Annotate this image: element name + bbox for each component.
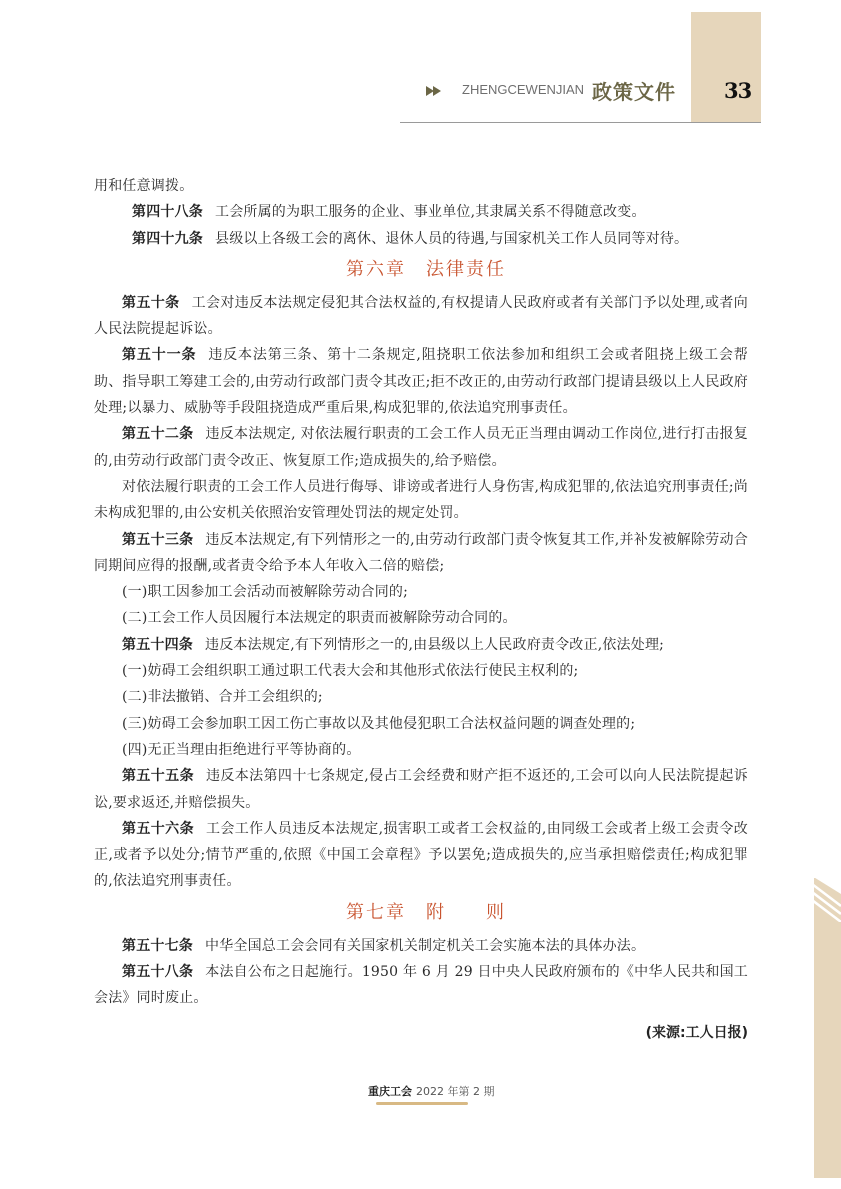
header-divider bbox=[400, 122, 761, 123]
footer-issue: 重庆工会2022 年第 2 期 bbox=[368, 1083, 494, 1099]
article-54: 第五十四条违反本法规定,有下列情形之一的,由县级以上人民政府责令改正,依法处理; bbox=[94, 632, 748, 658]
article-number: 第五十七条 bbox=[122, 938, 193, 954]
article-number: 第五十一条 bbox=[122, 347, 196, 363]
section-title: 政策文件 bbox=[592, 76, 676, 105]
article-52: 第五十二条违反本法规定, 对依法履行职责的工会工作人员无正当理由调动工作岗位,进… bbox=[94, 421, 748, 474]
article-number: 第五十四条 bbox=[122, 637, 193, 653]
section-pinyin: ZHENGCEWENJIAN bbox=[462, 82, 584, 97]
footer-underline bbox=[376, 1102, 468, 1105]
article-56: 第五十六条工会工作人员违反本法规定,损害职工或者工会权益的,由同级工会或者上级工… bbox=[94, 816, 748, 895]
decorative-side-bar bbox=[814, 878, 841, 1178]
article-number: 第五十二条 bbox=[122, 426, 193, 442]
article-53: 第五十三条违反本法规定,有下列情形之一的,由劳动行政部门责令恢复其工作,并补发被… bbox=[94, 527, 748, 580]
issue-label: 2022 年第 2 期 bbox=[416, 1085, 494, 1098]
paragraph-continuation: 用和任意调拨。 bbox=[94, 173, 748, 199]
article-50: 第五十条工会对违反本法规定侵犯其合法权益的,有权提请人民政府或者有关部门予以处理… bbox=[94, 290, 748, 343]
list-item: (一)妨碍工会组织职工通过职工代表大会和其他形式依法行使民主权利的; bbox=[94, 658, 748, 684]
diagonal-stripes-icon bbox=[812, 872, 841, 922]
article-51: 第五十一条违反本法第三条、第十二条规定,阻挠职工依法参加和组织工会或者阻挠上级工… bbox=[94, 342, 748, 421]
article-number: 第五十条 bbox=[122, 295, 180, 311]
page-number: 33 bbox=[724, 78, 751, 103]
list-item: (三)妨碍工会参加职工因工伤亡事故以及其他侵犯职工合法权益问题的调查处理的; bbox=[94, 711, 748, 737]
chapter-heading-6: 第六章 法律责任 bbox=[104, 254, 748, 286]
article-58: 第五十八条本法自公布之日起施行。1950 年 6 月 29 日中央人民政府颁布的… bbox=[94, 959, 748, 1012]
article-body: 用和任意调拨。 第四十八条工会所属的为职工服务的企业、事业单位,其隶属关系不得随… bbox=[104, 173, 748, 1042]
list-item: (二)工会工作人员因履行本法规定的职责而被解除劳动合同的。 bbox=[94, 605, 748, 631]
article-text: 工会所属的为职工服务的企业、事业单位,其隶属关系不得随意改变。 bbox=[215, 204, 646, 220]
article-text: 县级以上各级工会的离休、退休人员的待遇,与国家机关工作人员同等对待。 bbox=[215, 231, 688, 247]
source-attribution: (来源:工人日报) bbox=[104, 1022, 748, 1042]
article-49: 第四十九条县级以上各级工会的离休、退休人员的待遇,与国家机关工作人员同等对待。 bbox=[104, 226, 748, 252]
article-text: 违反本法规定,有下列情形之一的,由县级以上人民政府责令改正,依法处理; bbox=[205, 637, 664, 653]
magazine-name: 重庆工会 bbox=[368, 1085, 412, 1098]
article-48: 第四十八条工会所属的为职工服务的企业、事业单位,其隶属关系不得随意改变。 bbox=[104, 199, 748, 225]
page-number-tab bbox=[691, 12, 761, 123]
list-item: (四)无正当理由拒绝进行平等协商的。 bbox=[94, 737, 748, 763]
list-item: (一)职工因参加工会活动而被解除劳动合同的; bbox=[94, 579, 748, 605]
chapter-heading-7: 第七章 附 则 bbox=[104, 897, 748, 929]
article-text: 工会对违反本法规定侵犯其合法权益的,有权提请人民政府或者有关部门予以处理,或者向… bbox=[94, 295, 748, 337]
article-number: 第五十三条 bbox=[122, 532, 193, 548]
double-arrow-right-icon bbox=[426, 85, 444, 97]
article-number: 第五十五条 bbox=[122, 768, 194, 784]
article-55: 第五十五条违反本法第四十七条规定,侵占工会经费和财产拒不返还的,工会可以向人民法… bbox=[94, 763, 748, 816]
article-number: 第四十八条 bbox=[132, 204, 203, 220]
article-number: 第五十六条 bbox=[122, 821, 194, 837]
article-52-paragraph-2: 对依法履行职责的工会工作人员进行侮辱、诽谤或者进行人身伤害,构成犯罪的,依法追究… bbox=[94, 474, 748, 527]
article-text: 中华全国总工会会同有关国家机关制定机关工会实施本法的具体办法。 bbox=[205, 938, 645, 954]
article-number: 第五十八条 bbox=[122, 964, 193, 980]
list-item: (二)非法撤销、合并工会组织的; bbox=[94, 684, 748, 710]
article-57: 第五十七条中华全国总工会会同有关国家机关制定机关工会实施本法的具体办法。 bbox=[94, 933, 748, 959]
article-number: 第四十九条 bbox=[132, 231, 203, 247]
